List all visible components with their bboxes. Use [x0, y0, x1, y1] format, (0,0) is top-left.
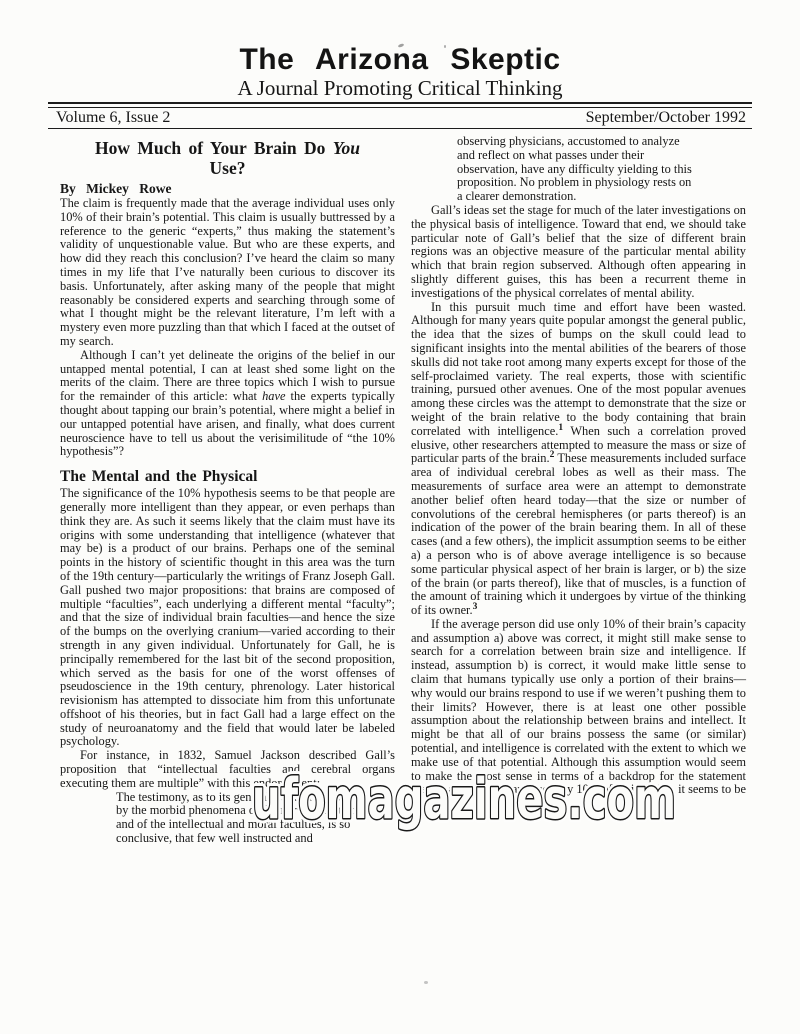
body-paragraph: The significance of the 10% hypothesis s… — [60, 487, 395, 749]
section-heading: The Mental and the Physical — [60, 468, 395, 486]
article-title: How Much of Your Brain Do YouUse? — [60, 139, 395, 178]
scan-speck — [424, 981, 428, 984]
body-paragraph: Although I can’t yet delineate the origi… — [60, 349, 395, 459]
volume-issue: Volume 6, Issue 2 — [56, 109, 170, 127]
block-quote: observing physicians, accustomed to anal… — [457, 135, 694, 204]
masthead: The Arizona Skeptic A Journal Promoting … — [0, 0, 800, 129]
journal-title: The Arizona Skeptic — [0, 44, 800, 76]
issue-date: September/October 1992 — [586, 109, 746, 127]
emphasis-text: You — [333, 138, 360, 158]
body-paragraph: Gall’s ideas set the stage for much of t… — [411, 204, 746, 301]
block-quote: The testimony, as to its general truth, … — [116, 791, 361, 846]
volume-line: Volume 6, Issue 2 September/October 1992 — [48, 108, 752, 128]
scan-speck — [444, 45, 446, 48]
body-paragraph: In this pursuit much time and effort hav… — [411, 301, 746, 618]
right-column: observing physicians, accustomed to anal… — [411, 135, 746, 846]
article-byline: By Mickey Rowe — [60, 181, 395, 196]
journal-subtitle: A Journal Promoting Critical Thinking — [0, 77, 800, 100]
journal-page: The Arizona Skeptic A Journal Promoting … — [0, 0, 800, 1034]
emphasis-text: have — [262, 389, 285, 403]
body-paragraph: The claim is frequently made that the av… — [60, 197, 395, 349]
footnote-marker: 3 — [473, 602, 478, 612]
footnote-marker: 1 — [558, 423, 563, 433]
left-column: How Much of Your Brain Do YouUse?By Mick… — [60, 135, 395, 846]
body-paragraph: For instance, in 1832, Samuel Jackson de… — [60, 749, 395, 790]
body-paragraph: If the average person did use only 10% o… — [411, 618, 746, 811]
footnote-marker: 2 — [550, 450, 555, 460]
article-body: How Much of Your Brain Do YouUse?By Mick… — [0, 129, 800, 846]
